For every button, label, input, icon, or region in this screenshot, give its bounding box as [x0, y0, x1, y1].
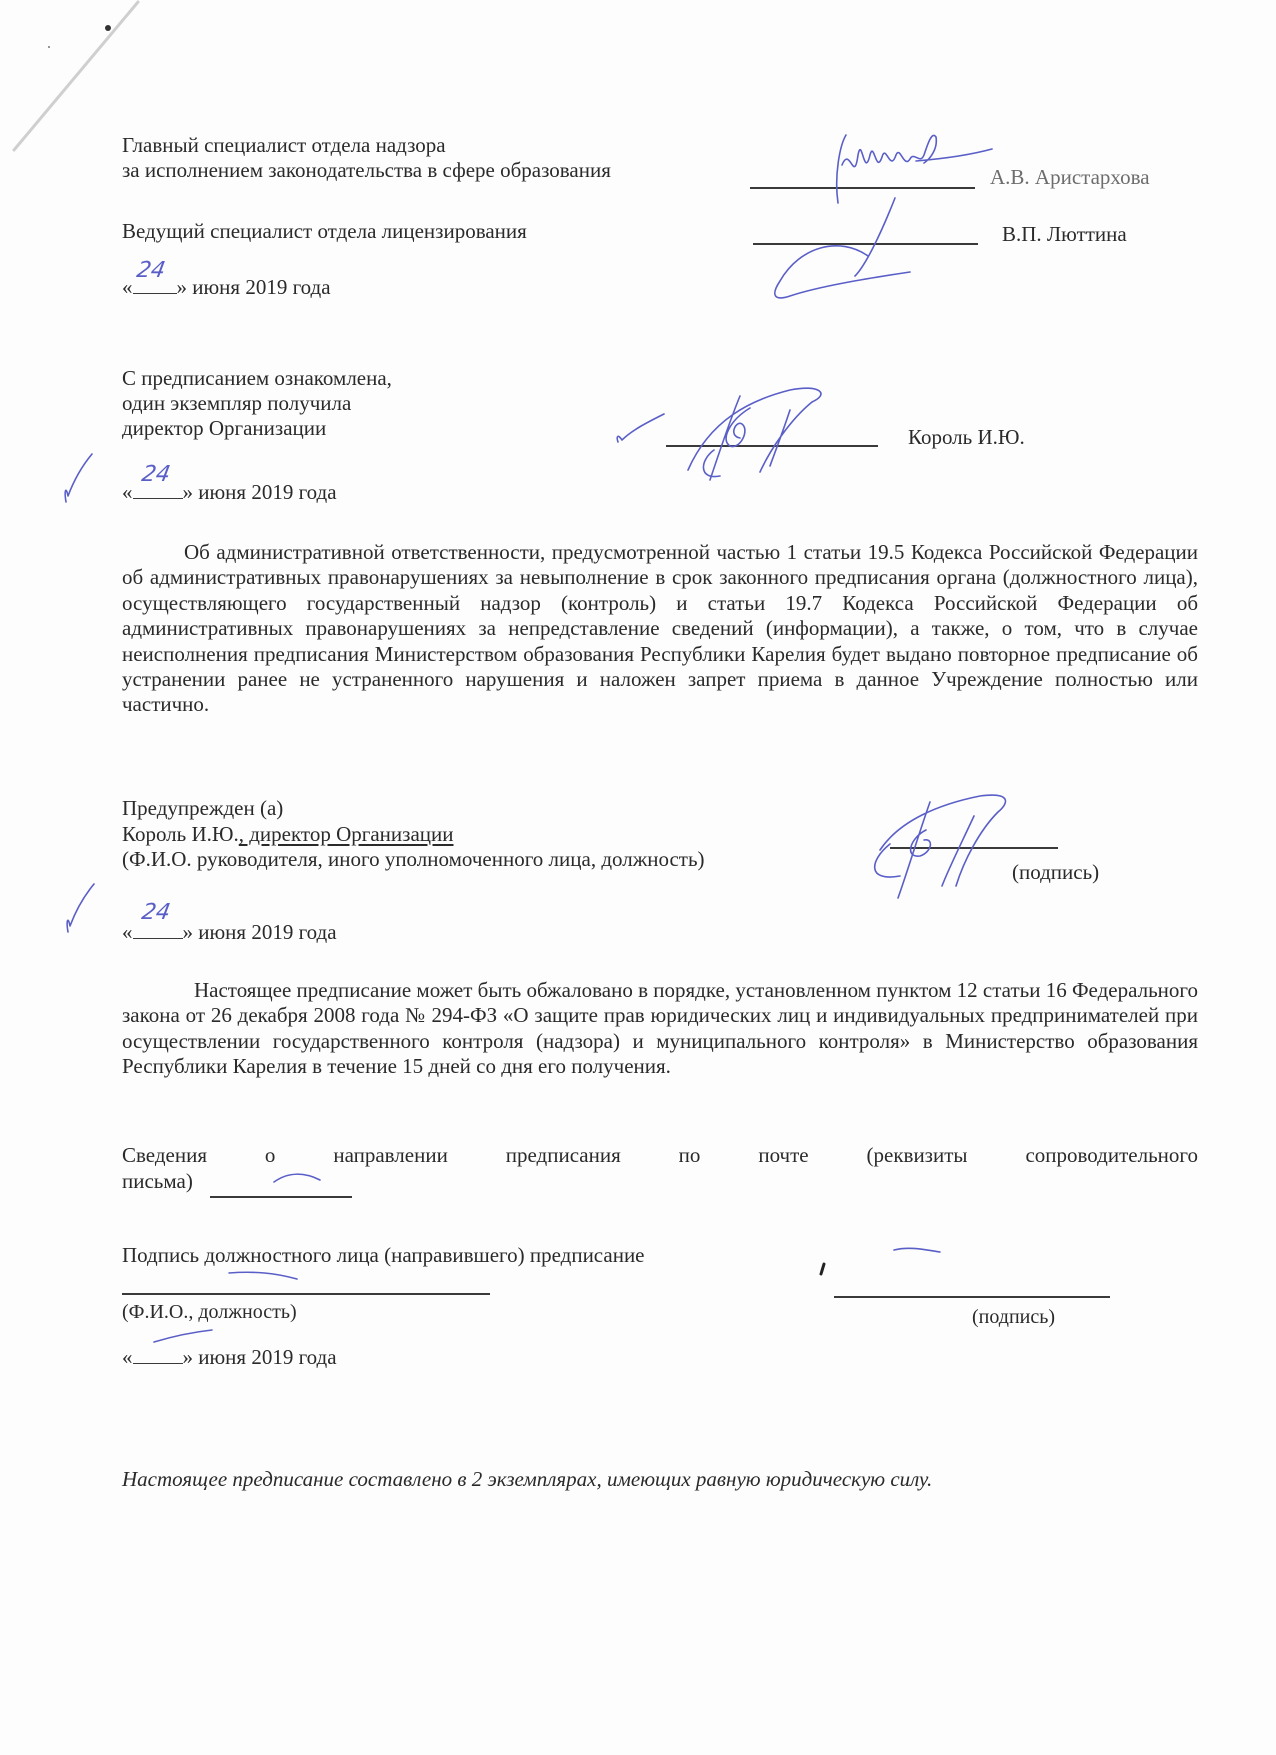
warned-heading: Предупрежден (а): [122, 796, 283, 821]
dash-mark: [270, 1168, 330, 1188]
dash-mark: [890, 1242, 950, 1262]
warned-name: Король И.Ю., директор Организации: [122, 822, 453, 847]
checkmark-icon: [60, 450, 100, 510]
mail-info-blank: [210, 1196, 352, 1198]
acknowledgement-text: С предписанием ознакомлена, один экземпл…: [122, 366, 392, 441]
warned-signature-line: [890, 847, 1058, 849]
mail-info-line2: письма): [122, 1169, 193, 1194]
checkmark-icon: [62, 880, 102, 940]
official-signature-line: [834, 1296, 1110, 1298]
leading-signature-line: [753, 243, 978, 245]
warned-signature: [860, 790, 1040, 910]
leading-title: Ведущий специалист отдела лицензирования: [122, 219, 527, 244]
official-signature-label: Подпись должностного лица (направившего)…: [122, 1243, 645, 1268]
official-name-line: [122, 1293, 490, 1295]
official-name-caption: (Ф.И.О., должность): [122, 1300, 297, 1325]
warned-caption: (Ф.И.О. руководителя, иного уполномоченн…: [122, 847, 705, 872]
acknowledgement-name: Король И.Ю.: [908, 425, 1025, 450]
footer-note: Настоящее предписание составлено в 2 экз…: [122, 1467, 932, 1492]
leading-name: В.П. Люттина: [1002, 222, 1127, 247]
chief-title: Главный специалист отдела надзора за исп…: [122, 133, 611, 183]
chief-title-line1: Главный специалист отдела надзора: [122, 133, 611, 158]
chief-name: А.В. Аристархова: [990, 165, 1150, 190]
official-signature-caption: (подпись): [972, 1305, 1055, 1330]
mail-info-line1: Сведения о направлении предписания по по…: [122, 1143, 1198, 1168]
chief-signature-line: [750, 187, 975, 189]
signatories-date-day: 24: [135, 258, 167, 283]
warned-signature-caption: (подпись): [1012, 860, 1099, 885]
ink-dot: [818, 1262, 828, 1278]
liability-paragraph: Об административной ответственности, пре…: [122, 540, 1198, 718]
warned-date-day: 24: [140, 900, 172, 925]
leading-signature: [760, 196, 960, 306]
day-blank: [133, 1345, 183, 1364]
official-date: «» июня 2019 года: [122, 1345, 337, 1370]
dash-mark: [150, 1326, 220, 1346]
chief-title-line2: за исполнением законодательства в сфере …: [122, 158, 611, 183]
acknowledgement-date-day: 24: [140, 462, 172, 487]
checkmark-icon: [612, 400, 672, 450]
dash-mark: [225, 1265, 305, 1285]
appeal-paragraph: Настоящее предписание может быть обжалов…: [122, 978, 1198, 1080]
acknowledgement-signature: [680, 380, 860, 490]
acknowledgement-signature-line: [666, 445, 878, 447]
